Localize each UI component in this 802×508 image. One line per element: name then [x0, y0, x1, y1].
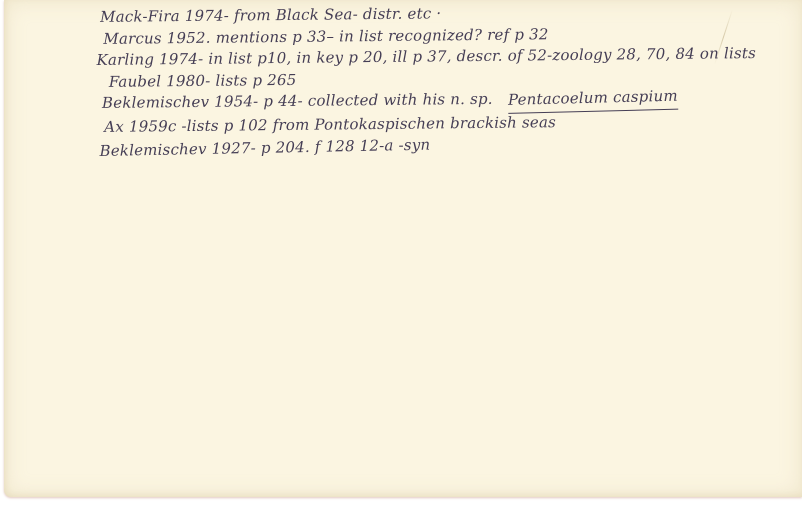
scan-background: Mack-Fira 1974- from Black Sea- distr. e…	[0, 0, 802, 508]
note-line-5-text: Beklemischev 1954- p 44- collected with …	[102, 90, 493, 112]
species-name-underlined: Pentacoelum caspium	[507, 86, 677, 114]
handwritten-notes: Mack-Fira 1974- from Black Sea- distr. e…	[92, 0, 794, 159]
index-card: Mack-Fira 1974- from Black Sea- distr. e…	[4, 0, 802, 497]
